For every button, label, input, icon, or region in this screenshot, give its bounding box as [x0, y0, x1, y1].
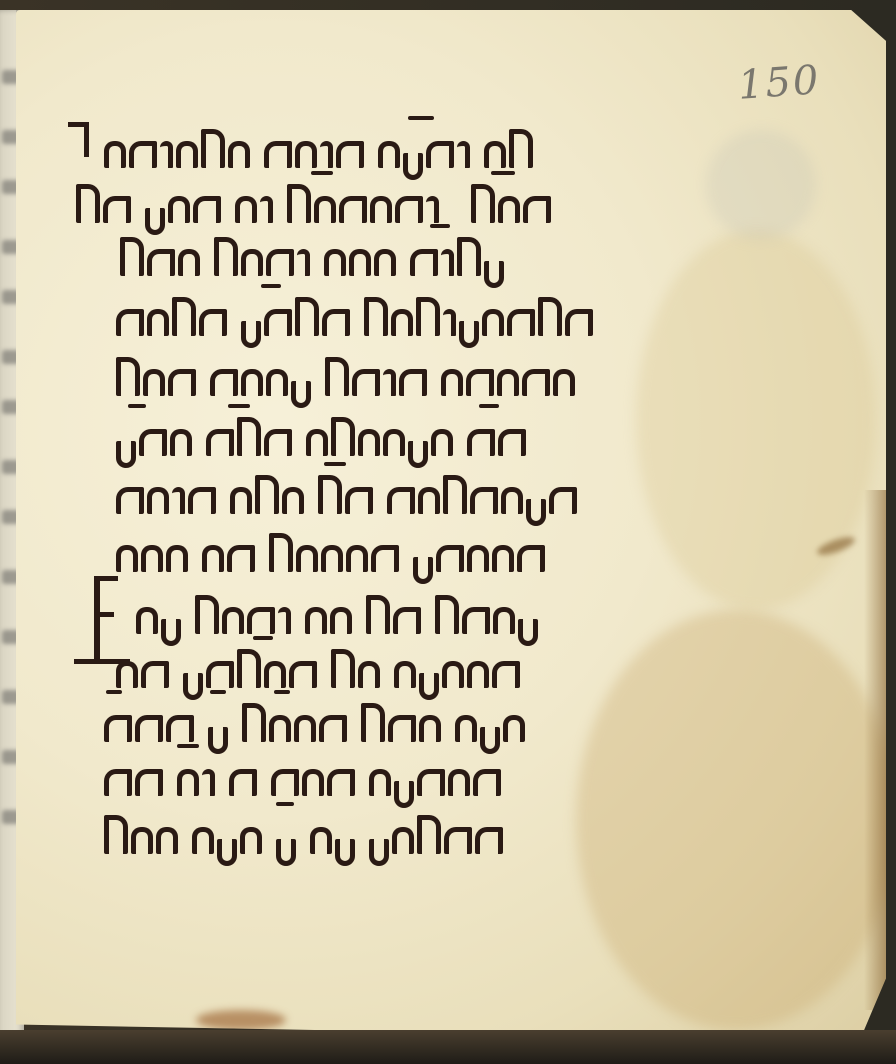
word [369, 810, 503, 854]
water-stain [576, 610, 896, 1030]
word [413, 528, 545, 572]
text-line [104, 804, 503, 854]
word [229, 752, 257, 796]
text-line [116, 522, 545, 572]
word [378, 124, 470, 168]
parchment-page: 150 [16, 10, 886, 1040]
word [183, 644, 317, 688]
word [361, 698, 441, 742]
word [369, 752, 501, 796]
folio-number: 150 [736, 57, 821, 109]
word [387, 470, 577, 514]
text-line [120, 226, 504, 276]
word [136, 590, 181, 634]
edge-damage [196, 1010, 286, 1030]
word [318, 470, 373, 514]
faint-offset-mark [706, 130, 816, 240]
word [104, 752, 163, 796]
word [306, 412, 453, 456]
word [206, 412, 292, 456]
text-line [116, 406, 526, 456]
word [324, 232, 396, 276]
text-line [116, 286, 593, 336]
text-line [76, 173, 551, 223]
word [331, 644, 380, 688]
word [116, 292, 227, 336]
word [116, 528, 188, 572]
word [276, 810, 296, 854]
text-line [116, 346, 575, 396]
word [394, 644, 520, 688]
word [202, 528, 255, 572]
text-line [76, 118, 533, 168]
word [145, 179, 221, 223]
word [366, 590, 421, 634]
manuscript-photo: 150 [0, 0, 896, 1064]
word [441, 352, 575, 396]
text-line [116, 584, 538, 634]
word [241, 292, 350, 336]
word [310, 810, 355, 854]
word [76, 179, 131, 223]
word [271, 752, 355, 796]
word [116, 470, 216, 514]
word [364, 292, 593, 336]
binding-fabric-bottom [0, 1030, 896, 1064]
word [325, 352, 427, 396]
word [230, 470, 304, 514]
word [177, 752, 215, 796]
water-stain [636, 230, 876, 610]
word [264, 124, 364, 168]
word [116, 412, 192, 456]
word [208, 698, 228, 742]
text-line [116, 638, 520, 688]
word [116, 352, 196, 396]
word [269, 528, 399, 572]
word [116, 644, 169, 688]
word [410, 232, 504, 276]
word [104, 124, 250, 168]
word [455, 698, 525, 742]
word [192, 810, 262, 854]
word [287, 179, 439, 223]
paragraph-mark [68, 122, 89, 157]
word [210, 352, 311, 396]
word [235, 179, 273, 223]
word [104, 810, 178, 854]
word [484, 124, 533, 168]
word [120, 232, 200, 276]
word [195, 590, 291, 634]
word [104, 698, 194, 742]
text-line [104, 746, 501, 796]
initial-capital-bar [94, 612, 114, 617]
text-line [104, 692, 525, 742]
word [435, 590, 538, 634]
word [305, 590, 352, 634]
right-edge-stain [864, 490, 886, 1010]
text-line [116, 464, 577, 514]
word [214, 232, 310, 276]
word [467, 412, 526, 456]
word [242, 698, 347, 742]
word [471, 179, 551, 223]
